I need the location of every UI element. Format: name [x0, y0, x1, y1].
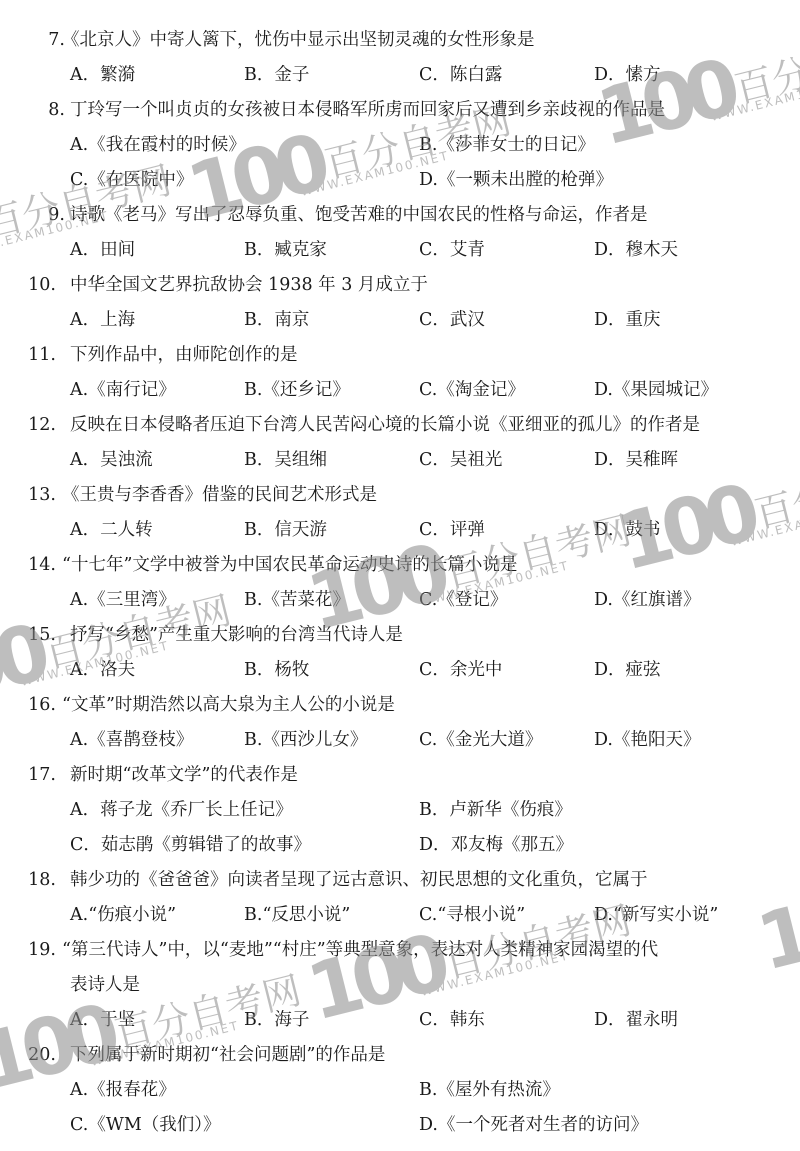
question-number: 12.	[0, 408, 56, 443]
question-text: 韩少功的《爸爸爸》向读者呈现了远古意识、初民思想的文化重负，它属于	[70, 863, 648, 898]
question-number: 14.	[0, 548, 56, 583]
question-text: 中华全国文艺界抗敌协会 1938 年 3 月成立于	[70, 268, 428, 303]
question-number: 13.	[0, 478, 56, 513]
option-a: A.《报春花》	[70, 1073, 176, 1108]
option-c: C.《金光大道》	[419, 723, 542, 758]
option-d: D．鼓书	[594, 513, 661, 548]
option-a: A．田间	[70, 233, 135, 268]
question-text: 新时期“改革文学”的代表作是	[70, 758, 298, 793]
option-b: B．吴组缃	[244, 443, 327, 478]
option-d: D.《艳阳天》	[594, 723, 700, 758]
option-d: D.《果园城记》	[594, 373, 718, 408]
option-c: C.《登记》	[419, 583, 507, 618]
option-d: D．吴稚晖	[594, 443, 678, 478]
question-text: 《王贵与李香香》借鉴的民间艺术形式是	[62, 478, 377, 513]
option-b: B.《还乡记》	[244, 373, 350, 408]
option-a: A．繁漪	[70, 58, 135, 93]
option-a: A.《喜鹊登枝》	[70, 723, 193, 758]
option-c: C.《WM（我们）》	[70, 1108, 221, 1143]
exam-page: 7. 《北京人》中寄人篱下，忧伤中显示出坚韧灵魂的女性形象是 A．繁漪 B．金子…	[0, 0, 800, 1151]
question-number: 15.	[0, 618, 56, 653]
watermark-logo-icon: 100	[749, 869, 800, 988]
option-c: C．韩东	[419, 1003, 485, 1038]
option-b: B．金子	[244, 58, 309, 93]
option-b: B．杨牧	[244, 653, 309, 688]
option-a: A.《三里湾》	[70, 583, 176, 618]
option-d: D.“新写实小说”	[594, 898, 718, 933]
question-number: 8.	[0, 93, 65, 128]
question-number: 20.	[0, 1038, 56, 1073]
option-c: C．茹志鹃《剪辑错了的故事》	[70, 828, 311, 863]
option-b: B．南京	[244, 303, 309, 338]
option-b: B．海子	[244, 1003, 309, 1038]
question-text: “文革”时期浩然以高大泉为主人公的小说是	[62, 688, 395, 723]
option-b: B.《苦菜花》	[244, 583, 350, 618]
question-text: 诗歌《老马》写出了忍辱负重、饱受苦难的中国农民的性格与命运，作者是	[70, 198, 648, 233]
question-text: 下列作品中，由师陀创作的是	[70, 338, 298, 373]
watermark: 100	[749, 869, 800, 988]
question-number: 16.	[0, 688, 56, 723]
option-d: D.《红旗谱》	[594, 583, 700, 618]
question-number: 17.	[0, 758, 56, 793]
question-text: 下列属于新时期初“社会问题剧”的作品是	[70, 1038, 385, 1073]
option-b: B.“反思小说”	[244, 898, 350, 933]
option-d: D．痖弦	[594, 653, 661, 688]
option-b: B.《西沙儿女》	[244, 723, 367, 758]
option-b: B．臧克家	[244, 233, 327, 268]
option-c: C．陈白露	[419, 58, 502, 93]
option-a: A．于坚	[70, 1003, 135, 1038]
option-d: D．愫方	[594, 58, 661, 93]
option-a: A．吴浊流	[70, 443, 153, 478]
question-number: 11.	[0, 338, 56, 373]
option-d: D．邓友梅《那五》	[419, 828, 573, 863]
option-c: C.“寻根小说”	[419, 898, 525, 933]
option-a: A.“伤痕小说”	[70, 898, 176, 933]
option-d: D.《一个死者对生者的访问》	[419, 1108, 648, 1143]
option-d: D．翟永明	[594, 1003, 678, 1038]
option-c: C．武汉	[419, 303, 485, 338]
question-text: 丁玲写一个叫贞贞的女孩被日本侵略军所虏而回家后又遭到乡亲歧视的作品是	[70, 93, 665, 128]
question-number: 9.	[0, 198, 65, 233]
question-text: “第三代诗人”中，以“麦地”“村庄”等典型意象，表达对人类精神家园渴望的代	[62, 933, 658, 968]
option-d: D.《一颗未出膛的枪弹》	[419, 163, 613, 198]
option-c: C．余光中	[419, 653, 502, 688]
option-a: A．洛夫	[70, 653, 135, 688]
option-b: B．卢新华《伤痕》	[419, 793, 572, 828]
option-c: C.《在医院中》	[70, 163, 193, 198]
option-a: A.《我在霞村的时候》	[70, 128, 246, 163]
option-a: A．二人转	[70, 513, 153, 548]
option-b: B．信天游	[244, 513, 327, 548]
question-text: “十七年”文学中被誉为中国农民革命运动史诗的长篇小说是	[62, 548, 517, 583]
question-number: 18.	[0, 863, 56, 898]
option-a: A.《南行记》	[70, 373, 176, 408]
option-a: A．上海	[70, 303, 135, 338]
question-number: 19.	[0, 933, 56, 968]
option-c: C．吴祖光	[419, 443, 502, 478]
question-text: 《北京人》中寄人篱下，忧伤中显示出坚韧灵魂的女性形象是	[62, 23, 535, 58]
question-number: 7.	[0, 23, 65, 58]
option-c: C.《淘金记》	[419, 373, 525, 408]
option-b: B.《莎菲女士的日记》	[419, 128, 595, 163]
option-c: C．评弹	[419, 513, 485, 548]
option-a: A．蒋子龙《乔厂长上任记》	[70, 793, 293, 828]
option-b: B.《屋外有热流》	[419, 1073, 560, 1108]
option-d: D．穆木天	[594, 233, 678, 268]
question-text-continued: 表诗人是	[70, 968, 140, 1003]
option-d: D．重庆	[594, 303, 661, 338]
question-text: 反映在日本侵略者压迫下台湾人民苦闷心境的长篇小说《亚细亚的孤儿》的作者是	[70, 408, 700, 443]
option-c: C．艾青	[419, 233, 485, 268]
question-text: 抒写“乡愁”产生重大影响的台湾当代诗人是	[70, 618, 403, 653]
question-number: 10.	[0, 268, 56, 303]
